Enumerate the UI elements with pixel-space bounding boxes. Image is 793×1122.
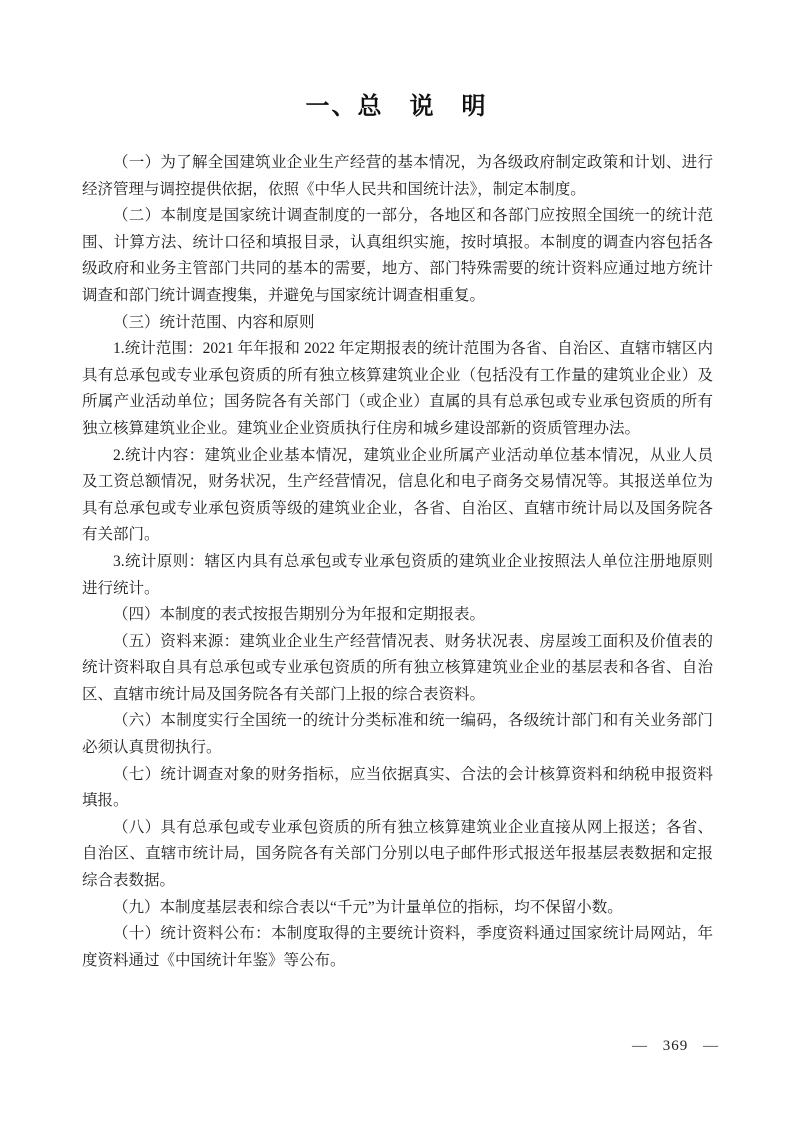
- page-number-dash-right: —: [699, 1038, 723, 1054]
- paragraph-5: （五）资料来源：建筑业企业生产经营情况表、财务状况表、房屋竣工面积及价值表的统计…: [82, 629, 713, 709]
- paragraph-7: （七）统计调查对象的财务指标，应当依据真实、合法的会计核算资料和纳税申报资料填报…: [82, 762, 713, 815]
- paragraph-3-item-3: 3.统计原则：辖区内具有总承包或专业承包资质的建筑业企业按照法人单位注册地原则进…: [82, 549, 713, 602]
- paragraph-3-item-1: 1.统计范围：2021 年年报和 2022 年定期报表的统计范围为各省、自治区、…: [82, 336, 713, 442]
- paragraph-1: （一）为了解全国建筑业企业生产经营的基本情况，为各级政府制定政策和计划、进行经济…: [82, 150, 713, 203]
- page-number-value: 369: [657, 1038, 695, 1054]
- page-number: — 369 —: [628, 1038, 723, 1055]
- paragraph-3-item-2: 2.统计内容：建筑业企业基本情况，建筑业企业所属产业活动单位基本情况，从业人员及…: [82, 443, 713, 549]
- paragraph-3: （三）统计范围、内容和原则: [82, 310, 713, 337]
- paragraph-2: （二）本制度是国家统计调查制度的一部分，各地区和各部门应按照全国统一的统计范围、…: [82, 203, 713, 309]
- paragraph-6: （六）本制度实行全国统一的统计分类标准和统一编码，各级统计部门和有关业务部门必须…: [82, 708, 713, 761]
- paragraph-8: （八）具有总承包或专业承包资质的所有独立核算建筑业企业直接从网上报送；各省、自治…: [82, 815, 713, 895]
- document-page: 一、总 说 明 （一）为了解全国建筑业企业生产经营的基本情况，为各级政府制定政策…: [0, 0, 793, 1122]
- paragraph-4: （四）本制度的表式按报告期别分为年报和定期报表。: [82, 602, 713, 629]
- paragraph-9: （九）本制度基层表和综合表以“千元”为计量单位的指标，均不保留小数。: [82, 895, 713, 922]
- page-title: 一、总 说 明: [0, 86, 793, 121]
- page-number-dash-left: —: [628, 1038, 652, 1054]
- document-body: （一）为了解全国建筑业企业生产经营的基本情况，为各级政府制定政策和计划、进行经济…: [82, 150, 713, 974]
- paragraph-10: （十）统计资料公布：本制度取得的主要统计资料，季度资料通过国家统计局网站，年度资…: [82, 921, 713, 974]
